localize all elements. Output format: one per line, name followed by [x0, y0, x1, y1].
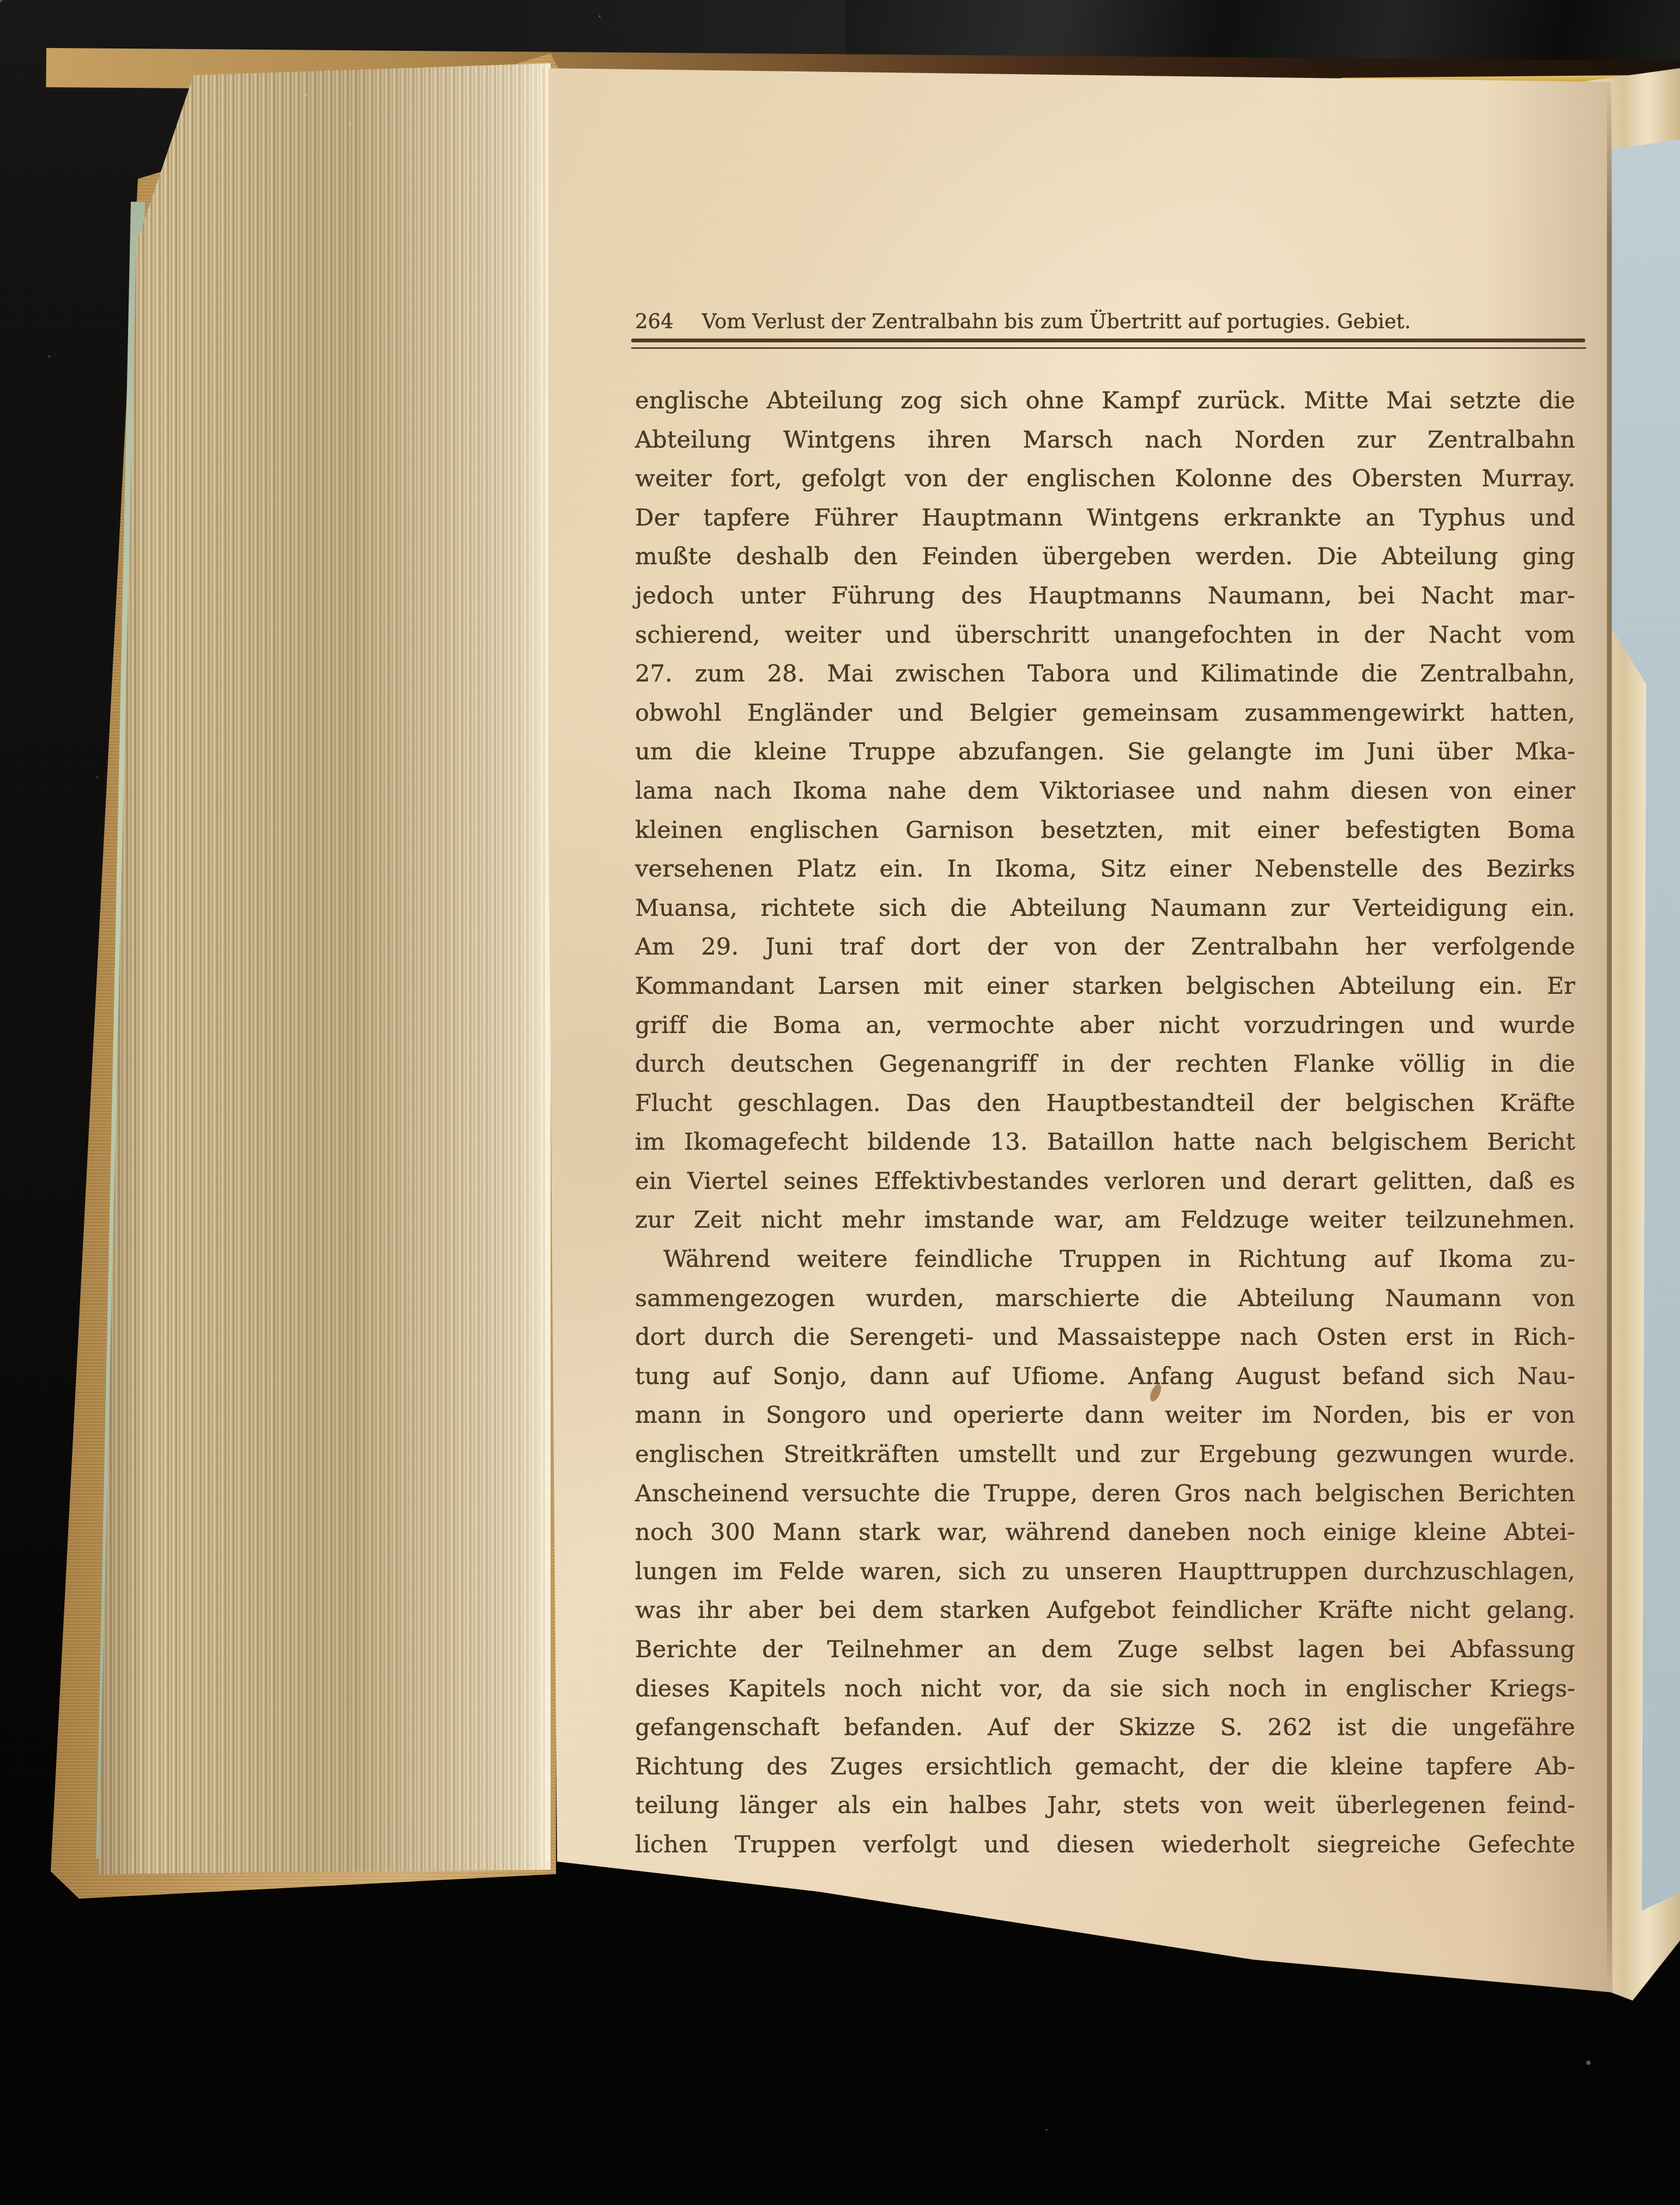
page-edge-highlight: [545, 67, 548, 1860]
text-line: gefangenschaft befanden. Auf der Skizze …: [635, 1708, 1575, 1748]
text-line: griff die Boma an, vermochte aber nicht …: [635, 1006, 1575, 1046]
running-head: 264 Vom Verlust der Zentralbahn bis zum …: [635, 309, 1575, 335]
text-line: mann in Songoro und operierte dann weite…: [635, 1396, 1575, 1435]
book-photo: 264 Vom Verlust der Zentralbahn bis zum …: [0, 0, 1680, 2205]
text-line: dieses Kapitels noch nicht vor, da sie s…: [635, 1670, 1575, 1709]
text-line: Richtung des Zuges ersichtlich gemacht, …: [635, 1748, 1575, 1787]
running-title: Vom Verlust der Zentralbahn bis zum Über…: [702, 309, 1411, 335]
gutter-shadow: [1607, 87, 1612, 1984]
text-line: lama nach Ikoma nahe dem Viktoriasee und…: [635, 772, 1575, 811]
text-line: Muansa, richtete sich die Abteilung Naum…: [635, 889, 1575, 928]
text-line: Anscheinend versuchte die Truppe, deren …: [635, 1475, 1575, 1514]
header-rule-thin: [631, 347, 1586, 349]
text-line: im Ikomagefecht bildende 13. Bataillon h…: [635, 1123, 1575, 1162]
text-line: lungen im Felde waren, sich zu unseren H…: [635, 1552, 1575, 1592]
text-line: Am 29. Juni traf dort der von der Zentra…: [635, 928, 1575, 967]
text-line: um die kleine Truppe abzufangen. Sie gel…: [635, 733, 1575, 772]
text-line: obwohl Engländer und Belgier gemeinsam z…: [635, 694, 1575, 733]
text-line: tung auf Sonjo, dann auf Ufiome. Anfang …: [635, 1357, 1575, 1397]
page-number: 264: [635, 309, 674, 335]
text-line: 27. zum 28. Mai zwischen Tabora und Kili…: [635, 655, 1575, 694]
text-line: jedoch unter Führung des Hauptmanns Naum…: [635, 577, 1575, 616]
text-line: kleinen englischen Garnison besetzten, m…: [635, 811, 1575, 850]
dust-specks: [0, 0, 2, 2]
text-line: lichen Truppen verfolgt und diesen wiede…: [635, 1826, 1575, 1865]
text-line: ein Viertel seines Effektivbestandes ver…: [635, 1162, 1575, 1201]
text-line: englische Abteilung zog sich ohne Kampf …: [635, 382, 1575, 421]
text-line: zur Zeit nicht mehr imstande war, am Fel…: [635, 1201, 1575, 1240]
text-line: versehenen Platz ein. In Ikoma, Sitz ein…: [635, 850, 1575, 889]
text-line: schierend, weiter und überschritt unange…: [635, 616, 1575, 655]
text-line: Flucht geschlagen. Das den Hauptbestandt…: [635, 1084, 1575, 1123]
text-line: Kommandant Larsen mit einer starken belg…: [635, 967, 1575, 1006]
text-line: Der tapfere Führer Hauptmann Wintgens er…: [635, 499, 1575, 538]
text-line: was ihr aber bei dem starken Aufgebot fe…: [635, 1591, 1575, 1630]
text-line: durch deutschen Gegenangriff in der rech…: [635, 1045, 1575, 1084]
text-line: noch 300 Mann stark war, während daneben…: [635, 1513, 1575, 1552]
text-line: mußte deshalb den Feinden übergeben werd…: [635, 537, 1575, 577]
page-stack-fore-edge: [98, 59, 551, 1874]
text-line: weiter fort, gefolgt von der englischen …: [635, 460, 1575, 499]
text-line: Während weitere feindliche Truppen in Ri…: [635, 1240, 1575, 1279]
header-rule-thick: [631, 339, 1585, 342]
body-text: englische Abteilung zog sich ohne Kampf …: [635, 382, 1575, 1865]
text-line: sammengezogen wurden, marschierte die Ab…: [635, 1279, 1575, 1319]
text-line: teilung länger als ein halbes Jahr, stet…: [635, 1786, 1575, 1826]
text-line: englischen Streitkräften umstellt und zu…: [635, 1435, 1575, 1475]
text-line: dort durch die Serengeti- und Massaistep…: [635, 1318, 1575, 1357]
text-line: Berichte der Teilnehmer an dem Zuge selb…: [635, 1630, 1575, 1670]
text-line: Abteilung Wintgens ihren Marsch nach Nor…: [635, 421, 1575, 460]
